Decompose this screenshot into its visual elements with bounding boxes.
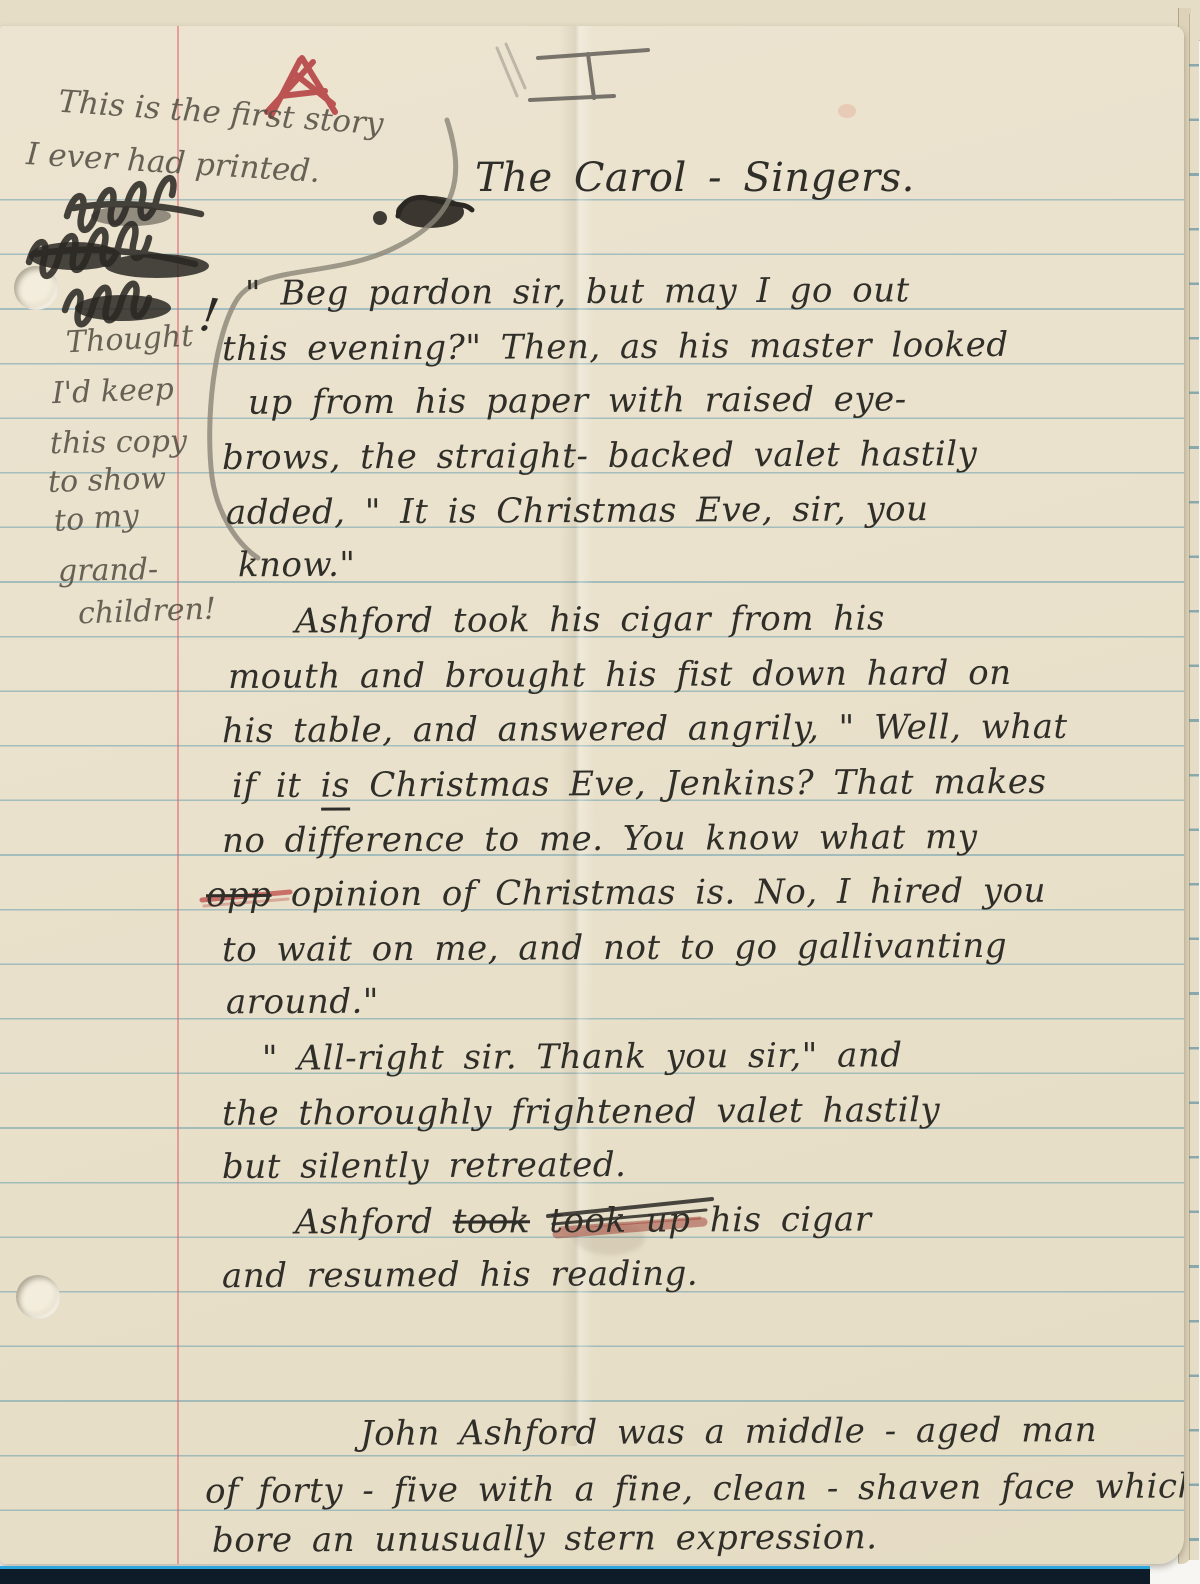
body-line: to wait on me, and not to go gallivantin… [222,929,1007,967]
body-text-segment: if it [232,766,321,806]
notebook-page-scan: I This is the first story I ever had pri… [0,0,1200,1584]
story-title: The Carol - Singers. [475,158,915,198]
body-text-segment: Ashford [295,1202,453,1243]
body-line: the thoroughly frightened valet hastily [222,1093,940,1131]
underlined-word: is [321,766,351,811]
body-line: and resumed his reading. [222,1257,698,1293]
body-line: but silently retreated. [222,1148,627,1184]
body-line: Ashford took his cigar from his [295,601,885,638]
body-line: his table, and answered angrily, " Well,… [222,710,1068,748]
body-text-segment: Christmas Eve, Jenkins? That makes [350,762,1047,806]
left-margin-note-line: this copy [50,427,187,459]
body-line: bore an unusually stern expression. [212,1520,878,1557]
body-line: around." [226,985,379,1020]
body-line: opp opinion of Christmas is. No, I hired… [206,874,1046,912]
left-margin-note-line: children! [78,595,217,630]
body-line: up from his paper with raised eye- [248,382,907,419]
body-line: know." [238,548,356,583]
body-line: Ashford took took up his cigar [295,1202,872,1239]
body-line: John Ashford was a middle - aged man [360,1413,1097,1451]
left-margin-note-line: I'd keep [52,375,175,409]
scan-bottom-edge [0,1566,1150,1584]
struck-word: took [453,1201,530,1241]
body-line: if it is Christmas Eve, Jenkins? That ma… [232,765,1047,803]
struck-word: opp [206,875,272,915]
body-line: no difference to me. You know what my [222,820,978,858]
left-margin-note-line: grand- [58,555,159,587]
body-text-segment: took up his cigar [530,1199,872,1241]
body-line: added, " It is Christmas Eve, sir, you [226,492,929,530]
page-stack-edge-right-ruled [1189,14,1199,1560]
body-line: this evening?" Then, as his master looke… [222,328,1009,366]
body-line: of forty - five with a fine, clean - sha… [205,1469,1184,1508]
body-line: brows, the straight- backed valet hastil… [222,437,977,475]
left-margin-note-line: Thought [65,322,194,359]
body-line: mouth and brought his fist down hard on [228,656,1012,694]
body-text-segment: opinion of Christmas is. No, I hired you [271,871,1046,915]
left-margin-note-line: to show [48,464,167,498]
manuscript-page: I This is the first story I ever had pri… [0,26,1184,1564]
left-margin-note-line: to my [53,501,140,537]
body-line: " All-right sir. Thank you sir," and [262,1038,903,1075]
body-line: " Beg pardon sir, but may I go out [245,273,910,310]
